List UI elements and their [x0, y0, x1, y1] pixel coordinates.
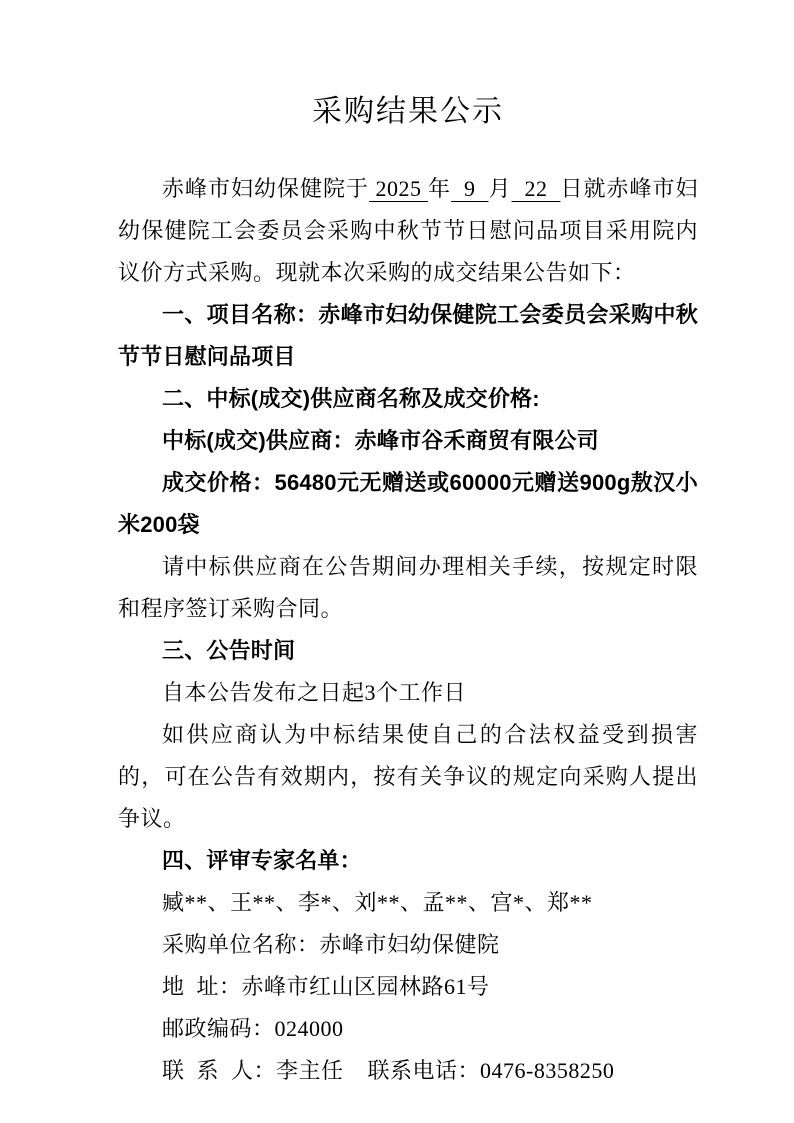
announcement-period: 自本公告发布之日起3个工作日 [118, 672, 698, 714]
month-label: 月 [488, 176, 511, 201]
purchaser-name: 采购单位名称：赤峰市妇幼保健院 [118, 924, 698, 966]
intro-prefix: 赤峰市妇幼保健院于 [162, 176, 369, 201]
expert-list: 臧**、王**、李*、刘**、孟**、宫*、郑** [118, 882, 698, 924]
document-title: 采购结果公示 [118, 90, 698, 134]
deal-price: 成交价格：56480元无赠送或60000元赠送900g敖汉小米200袋 [118, 462, 698, 546]
year-blank-field: 2025 [369, 176, 428, 201]
winning-supplier: 中标(成交)供应商：赤峰市谷禾商贸有限公司 [118, 420, 698, 462]
year-label: 年 [428, 176, 451, 201]
dispute-note: 如供应商认为中标结果使自己的合法权益受到损害的，可在公告有效期内，按有关争议的规… [118, 714, 698, 840]
contract-note: 请中标供应商在公告期间办理相关手续，按规定时限和程序签订采购合同。 [118, 546, 698, 630]
day-label: 日 [560, 176, 583, 201]
postal-code: 邮政编码：024000 [118, 1008, 698, 1050]
section-4-heading: 四、评审专家名单： [118, 840, 698, 882]
month-blank-field: 9 [451, 176, 489, 201]
intro-paragraph: 赤峰市妇幼保健院于 2025 年 9 月 22 日就赤峰市妇幼保健院工会委员会采… [118, 168, 698, 294]
purchaser-address: 地 址：赤峰市红山区园林路61号 [118, 966, 698, 1008]
section-3-heading: 三、公告时间 [118, 630, 698, 672]
day-blank-field: 22 [511, 176, 560, 201]
section-2-heading: 二、中标(成交)供应商名称及成交价格: [118, 378, 698, 420]
contact-line: 联 系 人：李主任 联系电话：0476-8358250 [118, 1050, 698, 1092]
section-1-project-name: 一、项目名称：赤峰市妇幼保健院工会委员会采购中秋节节日慰问品项目 [118, 294, 698, 378]
document-page: 采购结果公示 赤峰市妇幼保健院于 2025 年 9 月 22 日就赤峰市妇幼保健… [0, 0, 794, 1123]
